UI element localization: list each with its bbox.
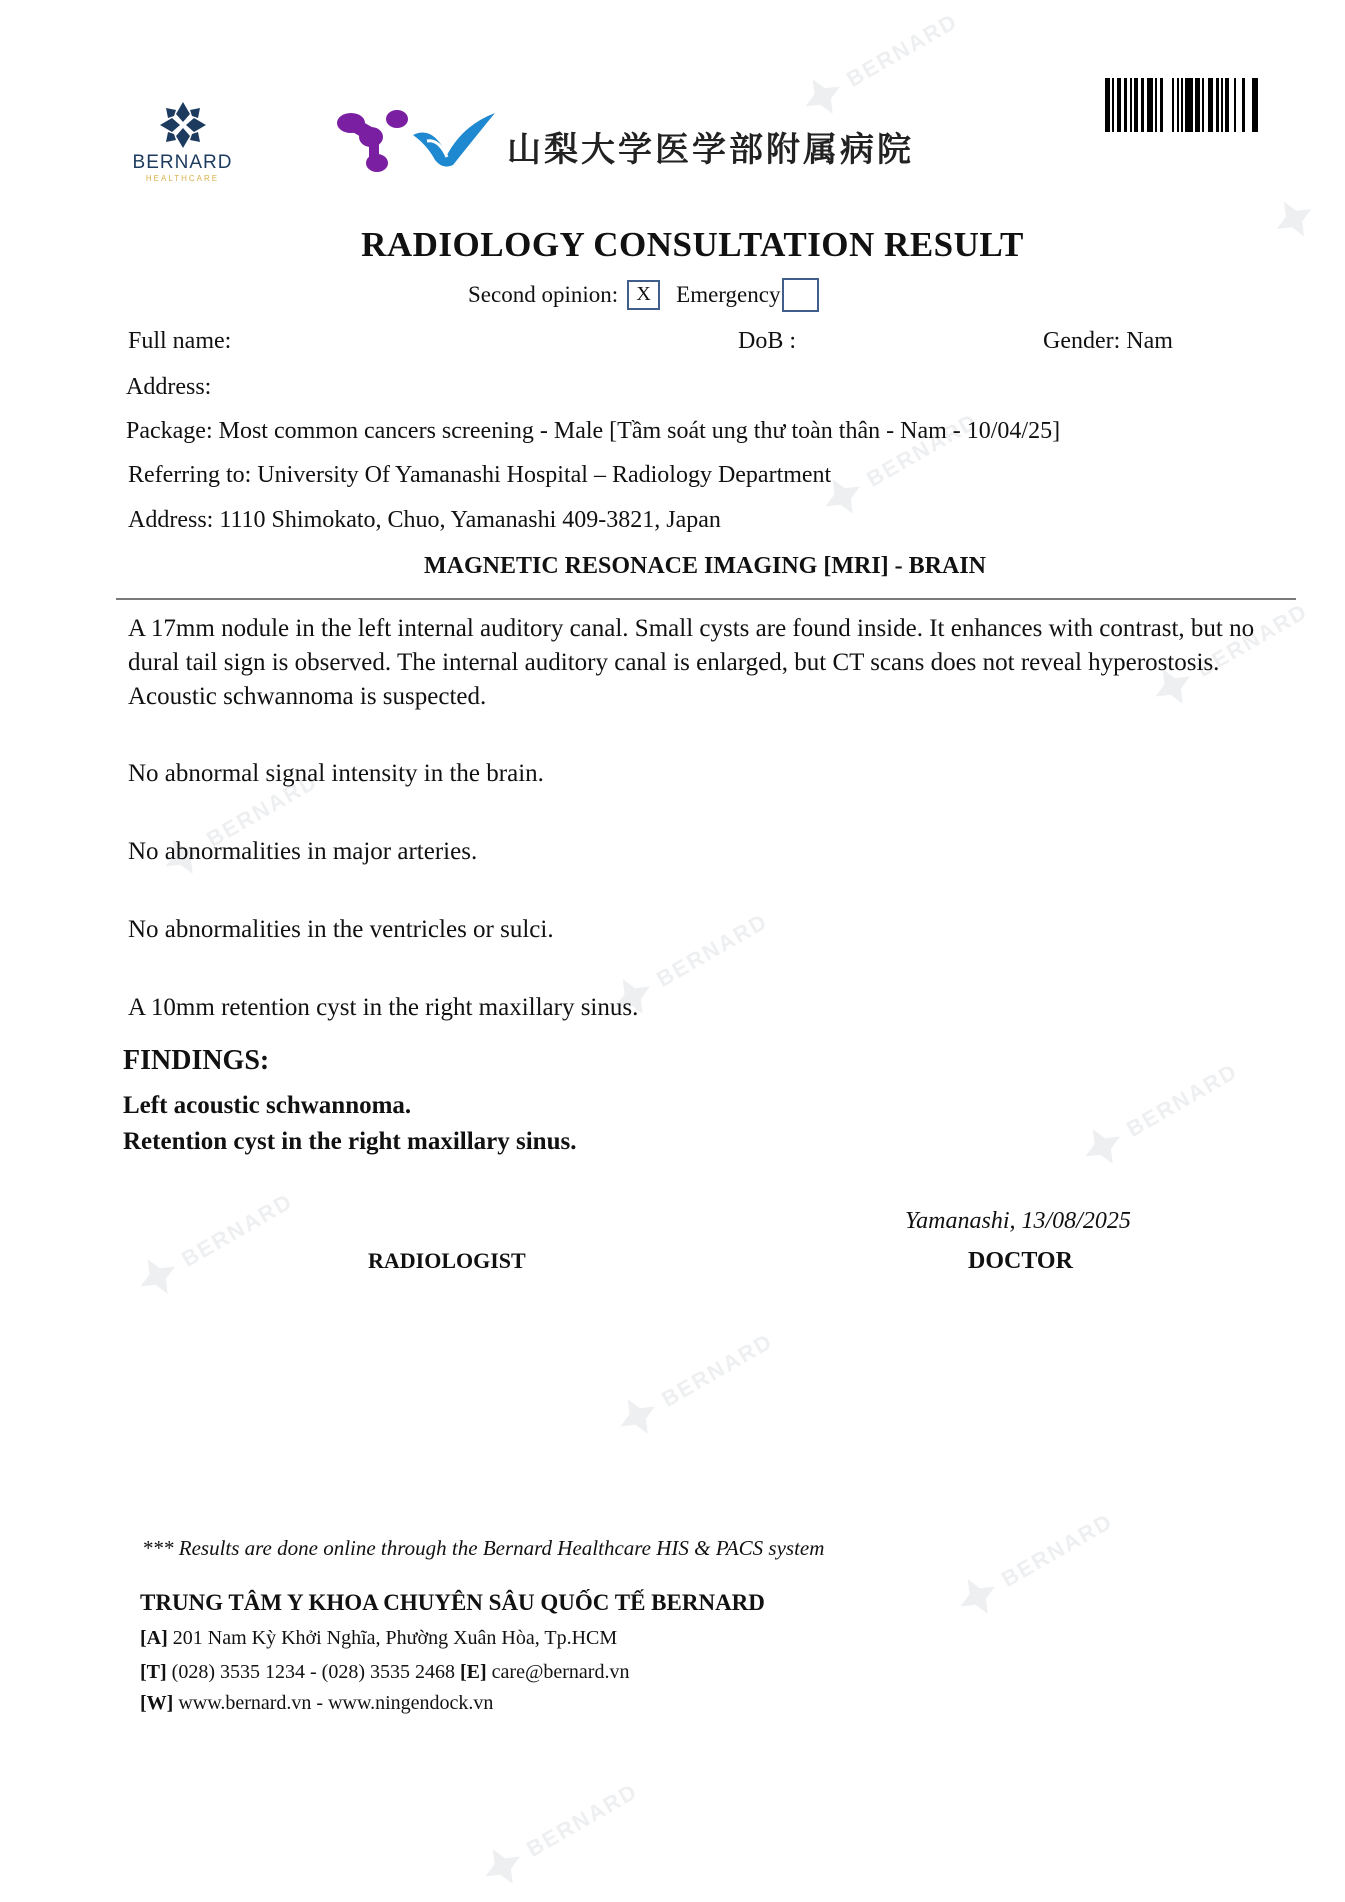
footer-note: *** Results are done online through the …: [142, 1536, 824, 1561]
referring-field: Referring to: University Of Yamanashi Ho…: [128, 462, 831, 489]
report-paragraph: No abnormal signal intensity in the brai…: [128, 760, 544, 788]
full-name-field: Full name:: [128, 328, 231, 355]
watermark-flower-icon: [605, 1384, 671, 1450]
watermark: BERNARD: [470, 1769, 648, 1900]
dob-field: DoB :: [738, 328, 796, 355]
emergency-checkbox[interactable]: [782, 278, 819, 312]
yamanashi-hospital-logo: 山梨大学医学部附属病院: [335, 105, 914, 175]
package-field: Package: Most common cancers screening -…: [126, 418, 1060, 445]
finding-item: Retention cyst in the right maxillary si…: [123, 1128, 576, 1156]
place-date: Yamanashi, 13/08/2025: [905, 1208, 1131, 1235]
footer-phone-email: [T] (028) 3535 1234 - (028) 3535 2468 [E…: [140, 1661, 629, 1684]
website-links[interactable]: www.bernard.vn - www.ningendock.vn: [178, 1692, 493, 1714]
report-paragraph: A 10mm retention cyst in the right maxil…: [128, 994, 638, 1022]
watermark-flower-icon: [125, 1244, 191, 1310]
document-title: RADIOLOGY CONSULTATION RESULT: [0, 225, 1345, 265]
gender-value: Nam: [1126, 328, 1173, 354]
doctor-label: DOCTOR: [968, 1248, 1073, 1275]
center-name: TRUNG TÂM Y KHOA CHUYÊN SÂU QUỐC TẾ BERN…: [140, 1590, 765, 1616]
radiologist-label: RADIOLOGIST: [368, 1248, 526, 1274]
footer-web: [W] www.bernard.vn - www.ningendock.vn: [140, 1692, 493, 1715]
bernard-healthcare-logo: BERNARD HEALTHCARE: [120, 100, 245, 200]
findings-heading: FINDINGS:: [123, 1045, 269, 1077]
referring-address-value: 1110 Shimokato, Chuo, Yamanashi 409-3821…: [219, 507, 721, 533]
report-paragraph: A 17mm nodule in the left internal audit…: [128, 612, 1288, 714]
exam-title: MAGNETIC RESONACE IMAGING [MRI] - BRAIN: [0, 553, 1345, 580]
second-opinion-checkbox[interactable]: X: [627, 280, 660, 310]
bernard-flower-icon: [158, 100, 208, 150]
watermark: BERNARD: [1070, 1049, 1248, 1180]
report-paragraph: No abnormalities in the ventricles or su…: [128, 916, 554, 944]
watermark: BERNARD: [945, 1499, 1123, 1630]
second-opinion-label: Second opinion:: [468, 282, 618, 308]
gender-field: Gender: Nam: [1043, 328, 1173, 355]
finding-item: Left acoustic schwannoma.: [123, 1092, 411, 1120]
watermark: BERNARD: [605, 1319, 783, 1450]
divider: [116, 598, 1296, 600]
watermark-flower-icon: [470, 1834, 536, 1900]
watermark-flower-icon: [1070, 1114, 1136, 1180]
referring-value: University Of Yamanashi Hospital – Radio…: [257, 462, 831, 488]
email-link[interactable]: care@bernard.vn: [492, 1661, 630, 1683]
report-paragraph: No abnormalities in major arteries.: [128, 838, 477, 866]
watermark: BERNARD: [125, 1179, 303, 1310]
package-value: Most common cancers screening - Male [Tầ…: [219, 418, 1060, 444]
watermark-flower-icon: [945, 1564, 1011, 1630]
phone-numbers: (028) 3535 1234 - (028) 3535 2468: [172, 1661, 455, 1683]
referring-address-field: Address: 1110 Shimokato, Chuo, Yamanashi…: [128, 507, 721, 534]
barcode-icon: [1105, 78, 1290, 132]
emergency-label: Emergency: [676, 282, 780, 308]
footer-address: [A] 201 Nam Kỳ Khởi Nghĩa, Phường Xuân H…: [140, 1627, 617, 1650]
yamanashi-emblem-icon: [335, 105, 505, 175]
address-field: Address:: [126, 374, 211, 401]
consultation-options: Second opinion: X Emergency: [468, 278, 819, 312]
